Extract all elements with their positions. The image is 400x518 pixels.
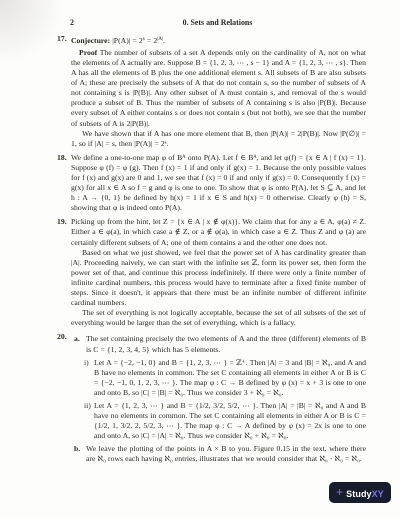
problem-20a-ii-label: ii)	[84, 401, 94, 441]
problem-19-body: Picking up from the hint, let Z = {x ∈ A…	[71, 217, 366, 328]
conjecture-line: Conjecture: |P(A)| = 2s = 2|A|.	[71, 34, 366, 46]
proof-label: Proof	[79, 48, 97, 57]
brand-name-accent: XY	[372, 489, 384, 499]
problem-20a-ii: ii) Let A = {1, 2, 3, ⋯ } and B = {1/2, …	[84, 401, 366, 441]
plus-icon: +	[336, 486, 343, 498]
problem-20-number: 20.	[57, 332, 71, 464]
conjecture-math-base2: = 2	[145, 36, 157, 45]
problem-18: 18. We define a one-to-one map φ of Bᴬ o…	[57, 153, 366, 214]
problem-20a: a. The set containing precisely the two …	[71, 334, 366, 354]
conjecture-label: Conjecture:	[71, 36, 110, 45]
problem-17: 17. Conjecture: |P(A)| = 2s = 2|A|. Proo…	[57, 34, 366, 149]
brand-wordmark: StudyXY	[346, 484, 384, 502]
conjecture-math-base1: |P(A)| = 2	[112, 36, 142, 45]
solution-20a-i-paragraph: Let A = {−2, −1, 0} and B = {1, 2, 3, ⋯ …	[94, 358, 366, 398]
problem-19-number: 19.	[57, 217, 71, 328]
chapter-title: 0. Sets and Relations	[70, 17, 365, 28]
proof-paragraph: Proof The number of subsets of a set A d…	[71, 48, 366, 129]
problem-20b: b. We leave the plotting of the points i…	[71, 444, 366, 464]
problem-20: 20. a. The set containing precisely the …	[57, 332, 366, 464]
problem-20b-label: b.	[74, 444, 86, 464]
studyxy-logo[interactable]: + StudyXY	[329, 482, 391, 503]
problem-18-body: We define a one-to-one map φ of Bᴬ onto …	[71, 153, 366, 214]
page-header: 2 0. Sets and Relations	[70, 17, 365, 28]
conjecture-math-end: .	[163, 36, 165, 45]
problem-20-body: a. The set containing precisely the two …	[71, 332, 366, 464]
solution-18-paragraph: We define a one-to-one map φ of Bᴬ onto …	[71, 153, 366, 214]
solutions-content: 17. Conjecture: |P(A)| = 2s = 2|A|. Proo…	[57, 34, 366, 469]
problem-18-number: 18.	[57, 153, 71, 214]
solution-20b-paragraph: We leave the plotting of the points in A…	[86, 444, 366, 464]
solution-19-paragraph-3: The set of everything is not logically a…	[71, 308, 366, 328]
problem-20a-label: a.	[74, 334, 86, 354]
problem-20a-i-label: i)	[84, 358, 94, 398]
solution-19-paragraph-1: Picking up from the hint, let Z = {x ∈ A…	[71, 217, 366, 247]
problem-17-body: Conjecture: |P(A)| = 2s = 2|A|. Proof Th…	[71, 34, 366, 149]
solution-19-paragraph-2: Based on what we just showed, we feel th…	[71, 248, 366, 309]
problem-17-number: 17.	[57, 34, 71, 149]
solution-20a-paragraph: The set containing precisely the two ele…	[86, 334, 366, 354]
proof-text: The number of subsets of a set A depends…	[71, 48, 366, 128]
proof-conclusion-paragraph: We have shown that if A has one more ele…	[71, 129, 366, 149]
solution-20a-ii-paragraph: Let A = {1, 2, 3, ⋯ } and B = {1/2, 3/2,…	[94, 401, 366, 441]
problem-20a-i: i) Let A = {−2, −1, 0} and B = {1, 2, 3,…	[84, 358, 366, 398]
document-page: 2 0. Sets and Relations 17. Conjecture: …	[0, 0, 400, 518]
problem-19: 19. Picking up from the hint, let Z = {x…	[57, 217, 366, 328]
brand-name-primary: Study	[346, 489, 372, 499]
